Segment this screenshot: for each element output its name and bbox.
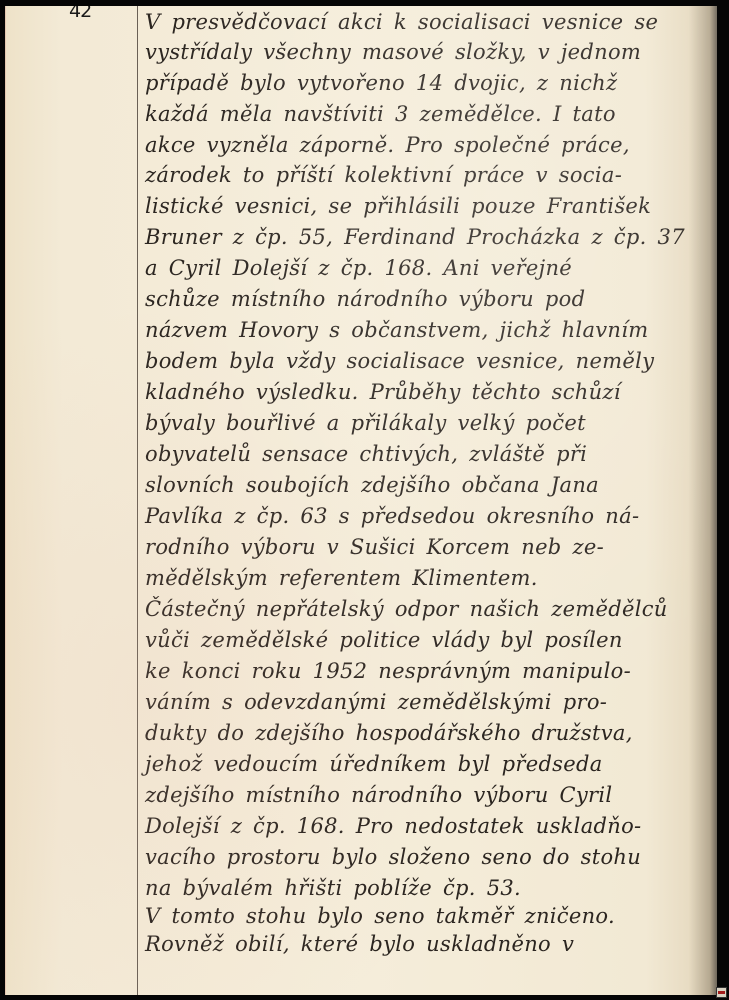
text-line: váním s odevzdanými zemědělskými pro- xyxy=(145,690,607,714)
text-line: zárodek to příští kolektivní práce v soc… xyxy=(145,163,622,187)
document-page: 42 V presvědčovací akci k socialisaci ve… xyxy=(5,6,717,995)
minimize-bar xyxy=(718,991,725,994)
text-line: V tomto stohu bylo seno takměř zničeno. xyxy=(145,904,615,928)
text-line: bývaly bouřlivé a přilákaly velký počet xyxy=(145,411,586,435)
viewer-frame: 42 V presvědčovací akci k socialisaci ve… xyxy=(0,0,729,1000)
text-line: jehož vedoucím úředníkem byl předseda xyxy=(145,752,603,776)
text-line: vacího prostoru bylo složeno seno do sto… xyxy=(145,845,641,869)
text-line: vystřídaly všechny masové složky, v jedn… xyxy=(145,40,641,64)
text-line: Rovněž obilí, které bylo uskladněno v xyxy=(145,932,574,956)
text-line: zdejšího místního národního výboru Cyril xyxy=(145,783,612,807)
text-line: listické vesnici, se přihlásili pouze Fr… xyxy=(145,194,651,218)
text-line: případě bylo vytvořeno 14 dvojic, z nich… xyxy=(145,71,617,95)
text-line: Bruner z čp. 55, Ferdinand Procházka z č… xyxy=(145,225,685,249)
text-line: dukty do zdejšího hospodářského družstva… xyxy=(145,721,633,745)
text-line: bodem byla vždy socialisace vesnice, nem… xyxy=(145,349,654,373)
text-line: Dolejší z čp. 168. Pro nedostatek usklad… xyxy=(145,814,641,838)
text-line: rodního výboru v Sušici Korcem neb ze- xyxy=(145,535,604,559)
text-line: ke konci roku 1952 nesprávným manipulo- xyxy=(145,659,631,683)
text-line: mědělským referentem Klimentem. xyxy=(145,566,538,590)
text-line: Částečný nepřátelský odpor našich zemědě… xyxy=(145,597,668,621)
text-line: V presvědčovací akci k socialisaci vesni… xyxy=(145,10,658,34)
text-line: a Cyril Dolejší z čp. 168. Ani veřejné xyxy=(145,256,572,280)
text-line: vůči zemědělské politice vlády byl posíl… xyxy=(145,628,623,652)
left-margin: 42 xyxy=(5,6,137,995)
text-line: akce vyzněla záporně. Pro společné práce… xyxy=(145,133,630,157)
text-line: každá měla navštíviti 3 zemědělce. I tat… xyxy=(145,102,616,126)
text-line: Pavlíka z čp. 63 s předsedou okresního n… xyxy=(145,504,639,528)
text-line: schůze místního národního výboru pod xyxy=(145,287,585,311)
margin-rule xyxy=(137,6,138,995)
minimize-icon[interactable] xyxy=(716,987,727,998)
text-line: názvem Hovory s občanstvem, jichž hlavní… xyxy=(145,318,648,342)
text-line: kladného výsledku. Průběhy těchto schůzí xyxy=(145,380,621,404)
text-line: slovních soubojích zdejšího občana Jana xyxy=(145,473,599,497)
text-line: obyvatelů sensace chtivých, zvláště při xyxy=(145,442,587,466)
text-line: na bývalém hřišti poblíže čp. 53. xyxy=(145,876,521,900)
page-number: 42 xyxy=(69,6,91,22)
